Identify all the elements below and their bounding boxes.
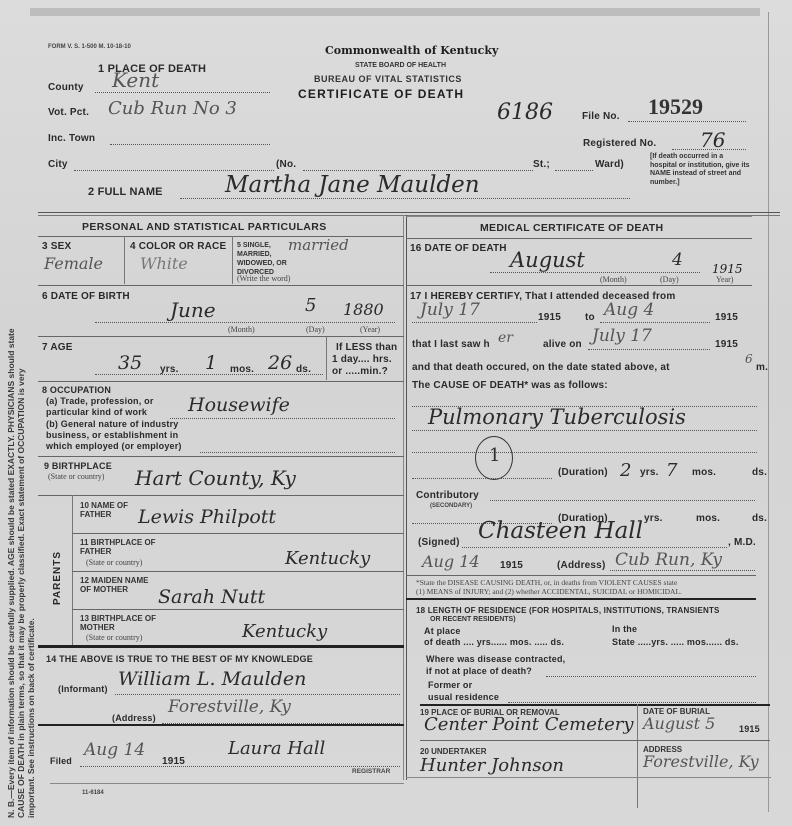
- contributory-yrs-caption: yrs.: [644, 513, 663, 524]
- top-edge-band: [30, 8, 760, 16]
- mother-name-value: Sarah Nutt: [158, 586, 265, 608]
- certificate-title: CERTIFICATE OF DEATH: [298, 87, 464, 101]
- divider: [72, 609, 404, 610]
- registrar-label: REGISTRAR: [352, 768, 390, 775]
- contributory-mos-caption: mos.: [696, 513, 720, 524]
- former-residence-l2: usual residence: [428, 692, 499, 702]
- handwritten-number: 6186: [497, 100, 553, 125]
- county-line: [95, 92, 270, 93]
- duration-line: [412, 478, 552, 479]
- inc-town-label: Inc. Town: [48, 133, 95, 144]
- contracted-l2: if not at place of death?: [426, 666, 532, 676]
- occ-b-l3: which employed (or employer): [46, 441, 182, 451]
- dod-month: August: [510, 248, 585, 272]
- dob-month: June: [170, 298, 216, 322]
- dod-line: [490, 272, 700, 273]
- age-days: 26: [268, 352, 292, 374]
- birthplace-value: Hart County, Ky: [135, 466, 296, 490]
- last-saw-text: that I last saw h: [412, 339, 490, 350]
- father-bp-hint: (State or country): [86, 558, 142, 567]
- attended-from-year: 1915: [538, 312, 561, 323]
- ward-line: [555, 170, 593, 171]
- registered-no-label: Registered No.: [583, 138, 656, 149]
- bureau-name: BUREAU OF VITAL STATISTICS: [314, 74, 462, 84]
- thick-divider: [406, 598, 756, 600]
- signed-date: Aug 14: [422, 552, 480, 571]
- duration-yrs-caption: yrs.: [640, 467, 659, 478]
- occupation-value: Housewife: [188, 394, 290, 416]
- month-caption: (Month): [228, 325, 255, 334]
- dod-year: 1915: [712, 262, 743, 276]
- year-caption: (Year): [360, 325, 380, 334]
- duration-ds-caption: ds.: [752, 467, 767, 478]
- less-than-l1: If LESS than: [336, 342, 397, 353]
- sex-value: Female: [44, 254, 103, 273]
- death-time-suffix: m.: [756, 362, 768, 373]
- divider: [38, 285, 404, 286]
- margin-note-line3: important. See instructions on back of c…: [26, 618, 36, 818]
- dob-line: [95, 322, 395, 323]
- file-no-line: [628, 121, 746, 122]
- informant-line: [115, 694, 400, 695]
- contributory-line: [490, 500, 755, 501]
- informant-label: (Informant): [58, 684, 108, 694]
- to-label: to: [585, 312, 595, 323]
- father-bp-label: 11 BIRTHPLACE OF FATHER: [80, 538, 160, 556]
- marital-label: 5 SINGLE, MARRIED, WIDOWED, OR DIVORCED: [237, 241, 291, 277]
- hospital-note: [If death occurred in a hospital or inst…: [650, 153, 750, 187]
- file-no-label: File No.: [582, 111, 620, 122]
- cause-value: Pulmonary Tuberculosis: [428, 405, 686, 429]
- physician-address-value: Cub Run, Ky: [615, 550, 722, 570]
- occupation-label: 8 OCCUPATION: [42, 385, 111, 395]
- divider: [38, 495, 404, 496]
- full-name-value: Martha Jane Maulden: [225, 172, 480, 198]
- attended-to-line: [600, 322, 710, 323]
- less-than-l3: or .....min.?: [332, 366, 388, 377]
- at-place-l2: of death .... yrs...... mos. ..... ds.: [424, 637, 564, 647]
- contracted-l1: Where was disease contracted,: [426, 654, 565, 664]
- former-residence-line: [508, 702, 756, 703]
- signed-line: [462, 547, 727, 548]
- dod-label: 16 DATE OF DEATH: [410, 243, 507, 254]
- city-line: [74, 170, 274, 171]
- attended-from-line: [412, 322, 537, 323]
- commonwealth-title: Commonwealth of Kentucky: [325, 44, 498, 57]
- divider: [406, 285, 752, 286]
- dob-label: 6 DATE OF BIRTH: [42, 291, 130, 302]
- column-divider: [403, 215, 404, 780]
- county-value: Kent: [112, 68, 159, 92]
- county-label: County: [48, 82, 84, 93]
- dob-year: 1880: [343, 300, 384, 319]
- occ-b-l1: (b) General nature of industry: [46, 419, 179, 429]
- age-months: 1: [205, 352, 217, 374]
- circled-number: 1: [489, 445, 500, 466]
- age-years: 35: [118, 352, 142, 374]
- divider: [406, 575, 756, 576]
- employer-line: [200, 452, 395, 453]
- in-state-l1: In the: [612, 624, 637, 634]
- contributory-hint: (SECONDARY): [430, 503, 472, 509]
- residence-heading-l2: OR RECENT RESIDENTS): [430, 616, 516, 623]
- death-occurred-text: and that death occured, on the date stat…: [412, 362, 670, 373]
- undertaker-address-value: Forestville, Ky: [643, 752, 759, 771]
- mother-bp-label: 13 BIRTHPLACE OF MOTHER: [80, 614, 160, 632]
- cause-line-3: [412, 452, 757, 453]
- occ-a-l2: particular kind of work: [46, 407, 147, 417]
- duration-yrs: 2: [620, 460, 631, 481]
- cause-line-2: [412, 430, 757, 431]
- dod-month-caption: (Month): [600, 275, 627, 284]
- last-saw-year: 1915: [715, 339, 738, 350]
- in-state-l2: State .....yrs. ..... mos...... ds.: [612, 637, 739, 647]
- attended-to-year: 1915: [715, 312, 738, 323]
- sex-label: 3 SEX: [42, 241, 71, 252]
- mother-bp-value: Kentucky: [242, 621, 327, 642]
- undertaker-value: Hunter Johnson: [420, 755, 564, 776]
- father-name-value: Lewis Philpott: [138, 506, 276, 528]
- thick-divider: [420, 704, 770, 706]
- column-divider: [406, 215, 407, 780]
- divider: [406, 777, 771, 778]
- divider: [406, 216, 752, 217]
- cell-divider: [232, 236, 233, 284]
- dod-day-caption: (Day): [660, 275, 679, 284]
- mother-bp-hint: (State or country): [86, 633, 142, 642]
- cell-divider: [326, 336, 327, 380]
- form-code: FORM V. S. 1-500 M. 10-18-10: [48, 44, 131, 50]
- day-caption: (Day): [306, 325, 325, 334]
- full-name-label: 2 FULL NAME: [88, 186, 163, 198]
- informant-address-value: Forestville, Ky: [168, 697, 291, 717]
- parents-side-label: PARENTS: [52, 551, 63, 605]
- margin-note-line2: CAUSE OF DEATH in plain terms, so that i…: [16, 368, 26, 818]
- marital-hint: (Write the word): [237, 274, 290, 283]
- informant-heading: 14 THE ABOVE IS TRUE TO THE BEST OF MY K…: [46, 654, 313, 664]
- dod-year-caption: Year): [716, 275, 733, 284]
- divider: [38, 456, 404, 457]
- at-place-l1: At place: [424, 626, 461, 636]
- footer-code: 11-6184: [82, 790, 104, 796]
- signed-year: 1915: [500, 560, 523, 571]
- mother-name-label: 12 MAIDEN NAME OF MOTHER: [80, 576, 160, 594]
- duration-label: (Duration): [558, 467, 608, 478]
- right-edge: [768, 12, 769, 812]
- last-saw-line: [588, 349, 710, 350]
- last-saw-date: July 17: [592, 326, 652, 346]
- divider: [50, 783, 404, 784]
- duration-mos: 7: [666, 460, 677, 481]
- parents-divider: [72, 495, 73, 645]
- cause-label: The CAUSE OF DEATH* was as follows:: [412, 380, 608, 391]
- cell-divider: [124, 236, 125, 284]
- contributory-label: Contributory: [416, 490, 479, 501]
- father-name-label: 10 NAME OF FATHER: [80, 501, 140, 519]
- burial-place-value: Center Point Cemetery: [424, 714, 634, 735]
- duration-mos-caption: mos.: [692, 467, 716, 478]
- street-no-label: (No.: [276, 159, 296, 170]
- physician-address-label: (Address): [557, 560, 605, 571]
- occupation-line: [170, 418, 395, 419]
- full-name-line: [180, 198, 630, 199]
- occ-b-l2: business, or establishment in: [46, 430, 178, 440]
- vot-pct-value: Cub Run No 3: [108, 98, 237, 119]
- signed-value: Chasteen Hall: [478, 518, 643, 544]
- filed-year: 1915: [162, 756, 185, 767]
- residence-heading-l1: 18 LENGTH OF RESIDENCE (FOR HOSPITALS, I…: [416, 606, 720, 615]
- thick-divider: [38, 645, 404, 648]
- attended-to: Aug 4: [604, 300, 654, 320]
- thick-divider: [38, 724, 404, 726]
- ward-label: Ward): [595, 159, 624, 170]
- age-line: [95, 374, 323, 375]
- dob-day: 5: [305, 295, 316, 316]
- former-residence-l1: Former or: [428, 680, 472, 690]
- occ-a-l1: (a) Trade, profession, or: [46, 396, 154, 406]
- informant-address-label: (Address): [112, 713, 156, 723]
- race-value: White: [140, 254, 188, 273]
- contracted-line: [546, 676, 756, 677]
- divider: [72, 571, 404, 572]
- margin-note-line1: N. B.—Every item of information should b…: [6, 328, 16, 818]
- burial-year: 1915: [739, 724, 760, 734]
- birthplace-hint: (State or country): [48, 472, 104, 481]
- ds-caption: ds.: [296, 364, 311, 375]
- mos-caption: mos.: [230, 364, 254, 375]
- file-no-value: 19529: [648, 94, 703, 120]
- divider: [420, 740, 770, 741]
- filed-line: [80, 766, 400, 767]
- registrar-value: Laura Hall: [228, 738, 325, 759]
- footnote-l2: (1) MEANS of INJURY; and (2) whether ACC…: [416, 587, 682, 596]
- burial-date-value: August 5: [643, 714, 715, 733]
- personal-heading: PERSONAL AND STATISTICAL PARTICULARS: [82, 221, 327, 233]
- registered-no-value: 76: [700, 128, 725, 152]
- dod-day: 4: [672, 250, 683, 270]
- yrs-caption: yrs.: [160, 364, 179, 375]
- alive-on-label: alive on: [543, 339, 582, 350]
- contributory-ds-caption: ds.: [752, 513, 767, 524]
- filed-date: Aug 14: [84, 740, 145, 760]
- street-label: St.;: [533, 159, 550, 170]
- attended-from: July 17: [420, 300, 480, 320]
- divider: [38, 336, 404, 337]
- less-than-l2: 1 day.... hrs.: [332, 354, 392, 365]
- vot-pct-label: Vot. Pct.: [48, 107, 89, 118]
- medical-heading: MEDICAL CERTIFICATE OF DEATH: [480, 222, 663, 234]
- board-name: STATE BOARD OF HEALTH: [355, 62, 446, 69]
- burial-divider: [637, 704, 638, 808]
- last-saw-pronoun: er: [498, 330, 513, 346]
- divider: [38, 381, 404, 382]
- divider: [406, 238, 752, 239]
- signed-label: (Signed): [418, 537, 460, 548]
- street-line: [303, 170, 533, 171]
- death-certificate: N. B.—Every item of information should b…: [0, 0, 792, 826]
- father-bp-value: Kentucky: [285, 548, 370, 569]
- marital-value: married: [288, 236, 349, 254]
- birthplace-label: 9 BIRTHPLACE: [44, 461, 112, 471]
- md-label: , M.D.: [728, 537, 756, 548]
- divider: [38, 236, 404, 237]
- footnote-l1: *State the DISEASE CAUSING DEATH, or, in…: [416, 578, 677, 587]
- inc-town-line: [110, 144, 270, 145]
- divider: [72, 533, 404, 534]
- filed-label: Filed: [50, 756, 72, 766]
- death-time: 6: [745, 352, 753, 366]
- divider: [38, 212, 780, 213]
- age-label: 7 AGE: [42, 342, 73, 353]
- physician-address-line: [610, 570, 755, 571]
- city-label: City: [48, 159, 68, 170]
- informant-value: William L. Maulden: [118, 668, 306, 690]
- race-label: 4 COLOR OR RACE: [130, 241, 226, 252]
